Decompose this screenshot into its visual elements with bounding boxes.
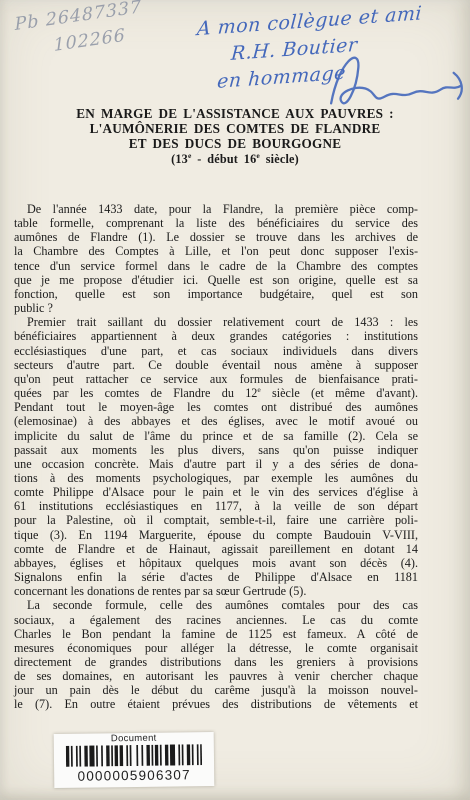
text-line: tence d'un service formel dans le cadre … (14, 259, 418, 273)
title-line-3: ET DES DUCS DE BOURGOGNE (0, 137, 470, 152)
text-line: de ses domaines, en autorisant les pauvr… (14, 669, 418, 683)
title-line-2: L'AUMÔNERIE DES COMTES DE FLANDRE (0, 122, 470, 137)
text-line: jour un pain dès le début du carême jusq… (14, 683, 418, 697)
text-line: tique (3). En 1194 Marguerite, épouse du… (14, 528, 418, 542)
text-line: implicite du salut de l'âme du prince et… (14, 429, 418, 443)
text-line: qu'on peut rattacher ce service aux form… (14, 372, 418, 386)
text-line: Premier trait saillant du dossier relati… (14, 315, 418, 329)
text-line: fonction, quelle est son importance budg… (14, 287, 418, 301)
text-line: Signalons enfin la série d'actes de Phil… (14, 570, 418, 584)
text-line: comte Philippe d'Alsace pour le pain et … (14, 485, 418, 499)
text-line: aumônes de Flandre (1). Le dossier se tr… (14, 230, 418, 244)
barcode-icon (66, 744, 202, 767)
paragraph: La seconde formule, celle des aumônes co… (14, 598, 418, 711)
text-line: bénéficiaires appartiennent à deux grand… (14, 329, 418, 343)
text-line: que je me propose d'étudier ici. Quelle … (14, 273, 418, 287)
text-line: La seconde formule, celle des aumônes co… (14, 598, 418, 612)
text-line: tions à des moments psychologiques, par … (14, 471, 418, 485)
text-line: (elemosinae) à des abbayes et des église… (14, 414, 418, 428)
text-line: 61 institutions ecclésiastiques en 1177,… (14, 499, 418, 513)
text-line: De l'année 1433 date, pour la Flandre, l… (14, 202, 418, 216)
text-line: concernant les donations de rentes par s… (14, 584, 418, 598)
paragraph: De l'année 1433 date, pour la Flandre, l… (14, 202, 418, 315)
barcode-label: Document 0000005906307 (54, 732, 215, 788)
article-body: De l'année 1433 date, pour la Flandre, l… (14, 202, 418, 712)
pencil-shelfmark-note: Pb 26487337 102266 (14, 0, 144, 64)
text-line: quées par les comtes de Flandre du 12e s… (14, 386, 418, 400)
text-line: le (7). En outre étaient prévues des dis… (14, 697, 418, 711)
scanned-document-page: Pb 26487337 102266 A mon collègue et ami… (0, 0, 470, 800)
text-line: Charles le Bon pendant la famine de 1125… (14, 627, 418, 641)
paragraph: Premier trait saillant du dossier relati… (14, 315, 418, 598)
text-line: directement de grandes distributions dan… (14, 655, 418, 669)
text-line: table formelle, comprenant la liste des … (14, 216, 418, 230)
text-line: comte de Flandre et de Hainaut, agissait… (14, 542, 418, 556)
text-line: pour la Palestine, où il comptait, sembl… (14, 513, 418, 527)
text-line: la Chambre des Comptes à Lille, et l'on … (14, 244, 418, 258)
text-line: secteurs d'autre part. Ce double éventai… (14, 358, 418, 372)
text-line: passait aux moments les plus divers, san… (14, 443, 418, 457)
text-line: abbayes, églises et hôpitaux quelques mo… (14, 556, 418, 570)
title-line-1: EN MARGE DE L'ASSISTANCE AUX PAUVRES : (0, 107, 470, 122)
barcode-number: 0000005906307 (54, 766, 214, 785)
text-line: sociaux, a également des racines ancienn… (14, 613, 418, 627)
text-line: une occasion concrète. Mais d'autre part… (14, 457, 418, 471)
text-line: ecclésiastiques d'une part, et cas socia… (14, 344, 418, 358)
text-line: mesures économiques pour alléger la détr… (14, 641, 418, 655)
title-subtitle: (13e - début 16e siècle) (0, 152, 470, 167)
article-title: EN MARGE DE L'ASSISTANCE AUX PAUVRES : L… (0, 107, 470, 167)
text-line: Pendant tout le moyen-âge les comtes ont… (14, 400, 418, 414)
text-line: public ? (14, 301, 418, 315)
